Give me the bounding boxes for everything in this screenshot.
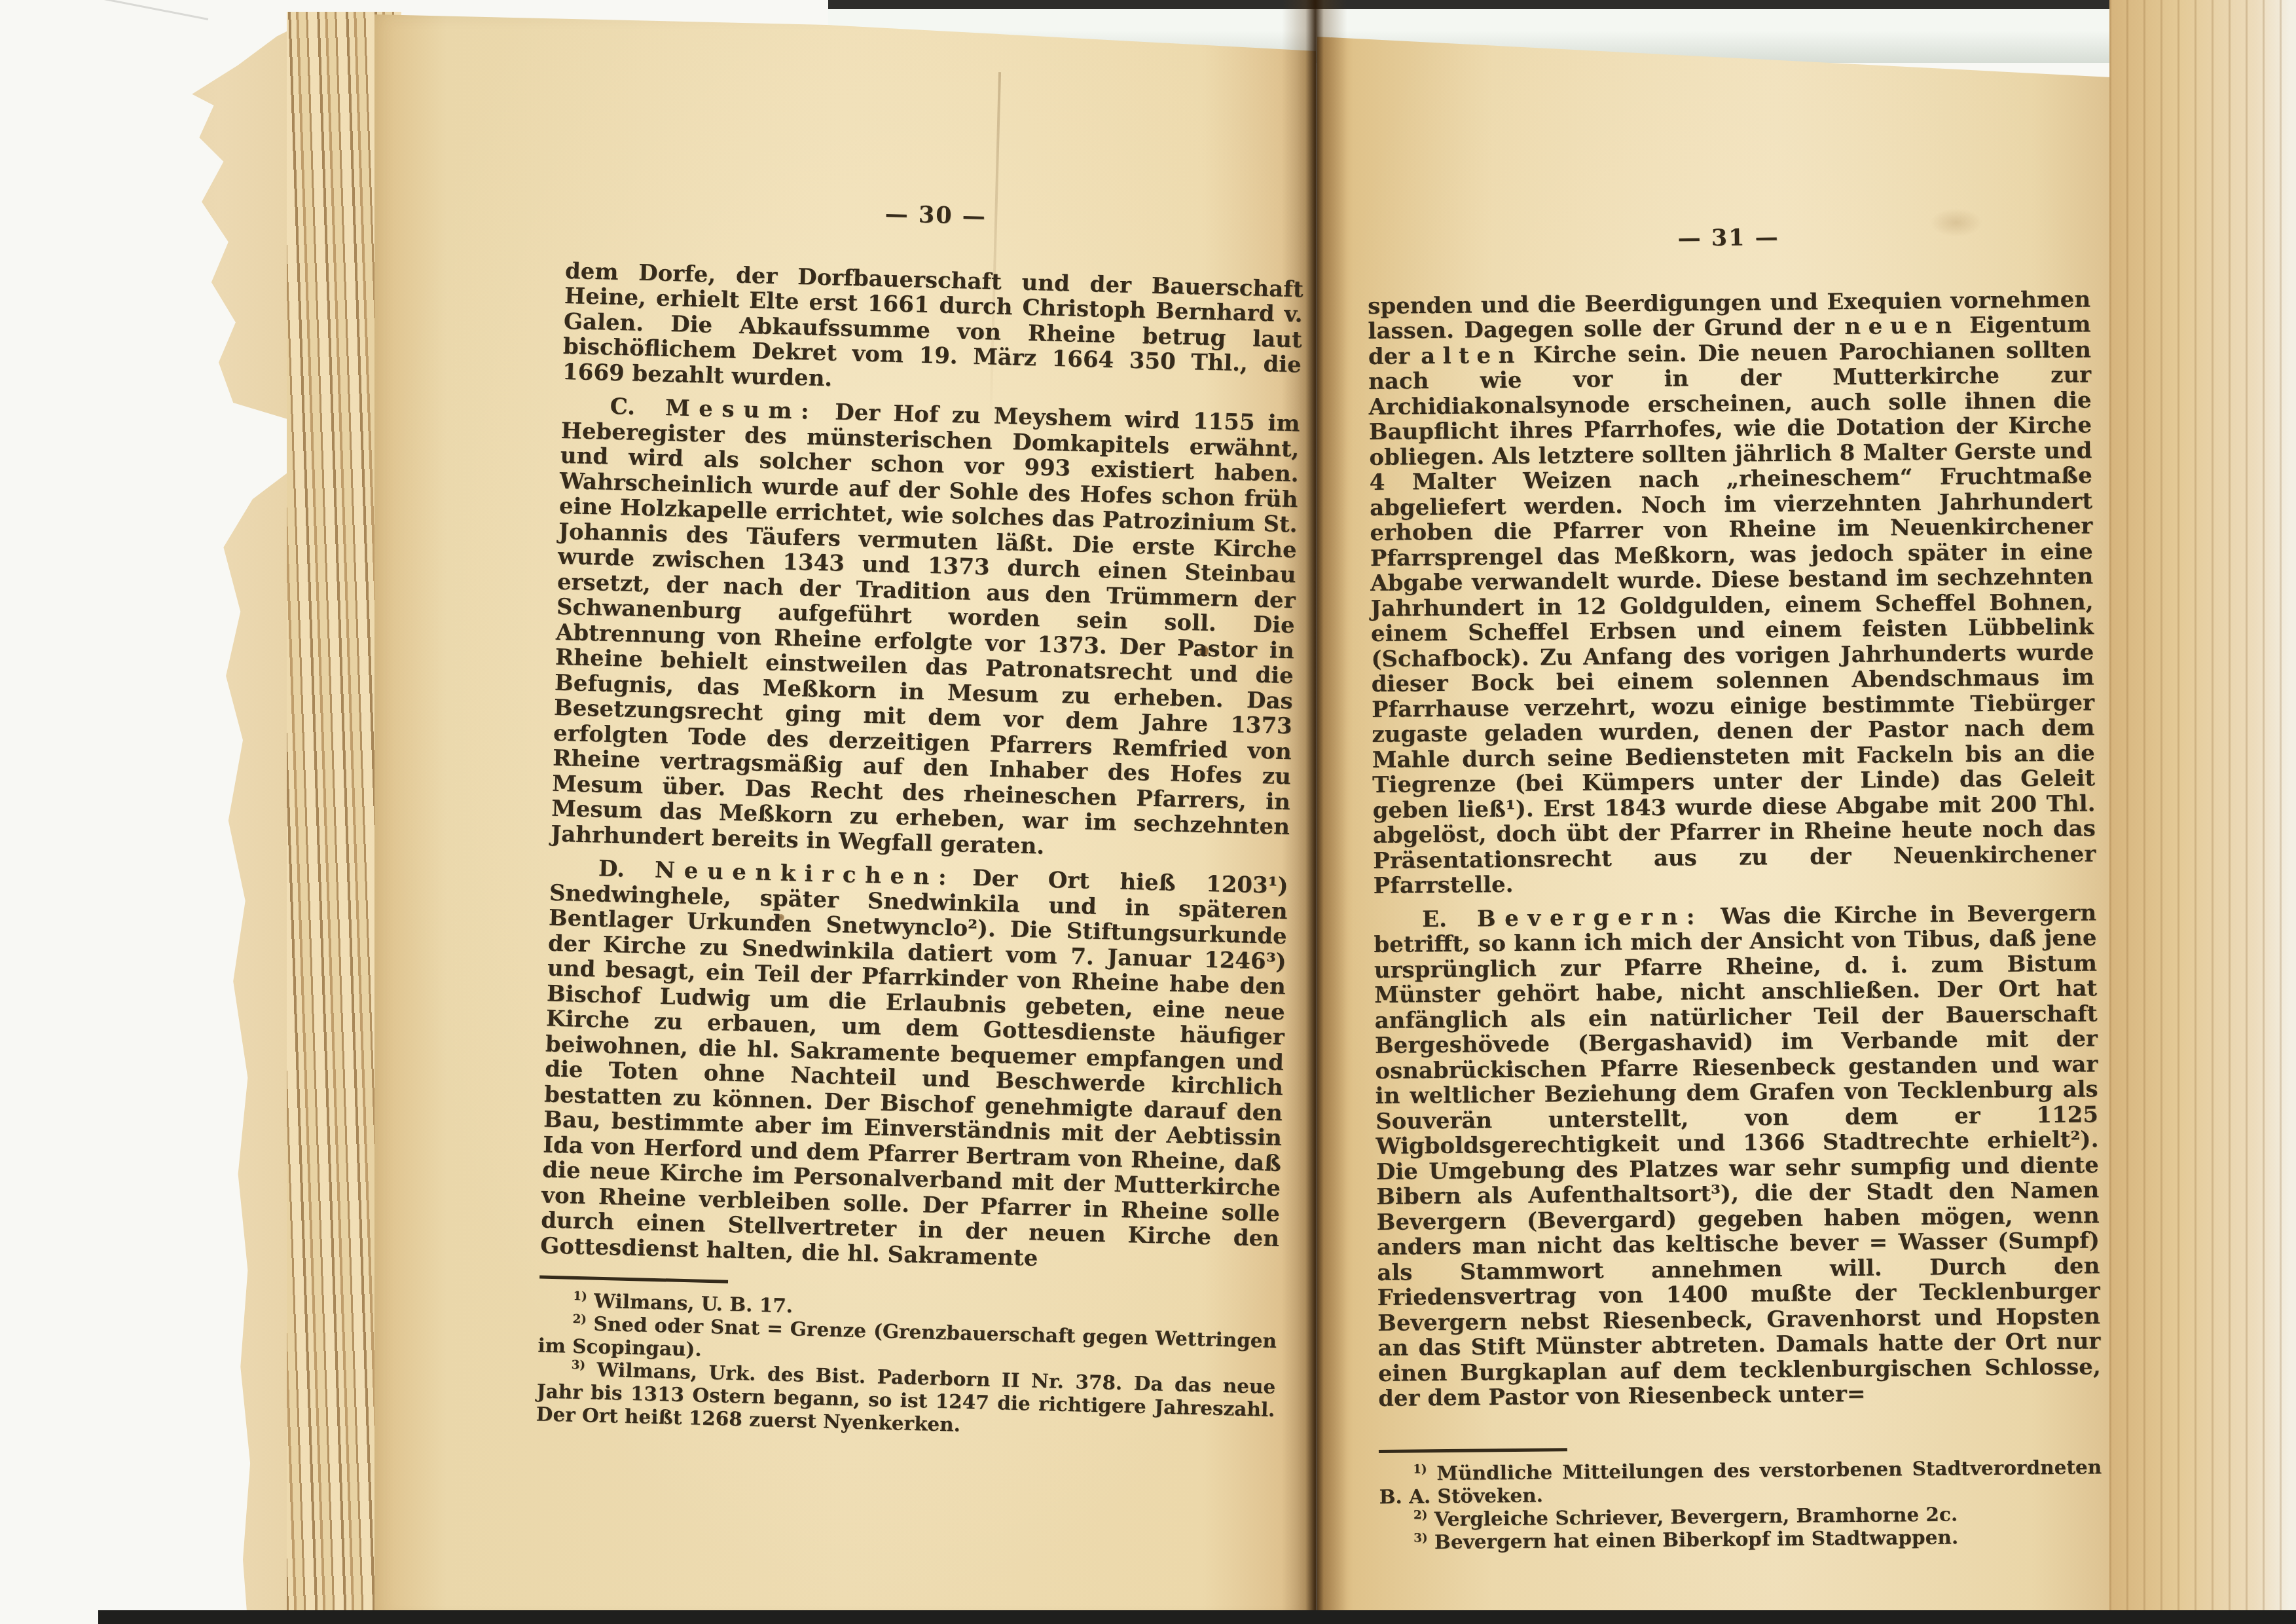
footnote-marker: 2) [572, 1312, 587, 1327]
footnote-marker: 1) [1413, 1462, 1427, 1476]
section-paragraph-neuenkirchen: D.Neuenkirchen:Der Ort hieß 1203¹) Snedw… [540, 855, 1288, 1277]
section-paragraph-bevergern: E.Bevergern:Was die Kirche in Bevergern … [1374, 900, 2101, 1412]
footnote-marker: 1) [573, 1289, 587, 1304]
footnote-marker: 2) [1413, 1508, 1428, 1522]
spaced-word: neuen [1844, 312, 1959, 340]
scanner-top-edge [828, 0, 2296, 9]
page-30-column: — 30 — dem Dorfe, der Dorfbauerschaft un… [536, 194, 1305, 1444]
bottom-scan-edge [98, 1610, 2296, 1624]
section-body: Der Hof zu Meyshem wird 1155 im Heberegi… [551, 399, 1300, 859]
spaced-word: alten [1421, 342, 1522, 369]
section-body: Der Ort hieß 1203¹) Snedwinghele, später… [540, 865, 1288, 1271]
section-lead: C. [610, 394, 635, 420]
footnotes-page-31: 1) Mündliche Mitteilungen des verstorben… [1379, 1443, 2102, 1554]
section-lead: E. [1422, 906, 1447, 932]
page-31-column: — 31 — spenden und die Beerdigungen und … [1367, 222, 2102, 1553]
section-lead: D. [598, 856, 625, 883]
section-paragraph-mesum: C.Mesum:Der Hof zu Meyshem wird 1155 im … [551, 393, 1300, 865]
footnote-marker: 3) [1413, 1531, 1428, 1545]
section-body: Was die Kirche in Bevergern betrifft, so… [1374, 900, 2101, 1412]
footnote-marker: 3) [571, 1358, 585, 1373]
footnote-rule [539, 1275, 728, 1283]
continuation-paragraph: spenden und die Beerdigungen und Exequie… [1368, 287, 2096, 899]
torn-flyleaf [73, 17, 316, 1624]
continuation-paragraph: dem Dorfe, der Dorfbauerschaft und der B… [562, 258, 1304, 403]
paragraph-part: Kirche sein. Die neuen Parochianen sollt… [1368, 337, 2096, 899]
footnote: 1) Mündliche Mitteilungen des verstorben… [1379, 1455, 2102, 1508]
footnotes-page-30: 1) Wilmans, U. B. 17. 2) Sned oder Snat … [536, 1275, 1277, 1443]
right-page-block-edge [2109, 0, 2296, 1624]
footnote-text: Mündliche Mitteilungen des verstorbenen … [1379, 1455, 2102, 1508]
footnote-rule [1379, 1448, 1567, 1453]
scratch-mark [60, 0, 208, 20]
section-title: Bevergern: [1477, 904, 1704, 932]
